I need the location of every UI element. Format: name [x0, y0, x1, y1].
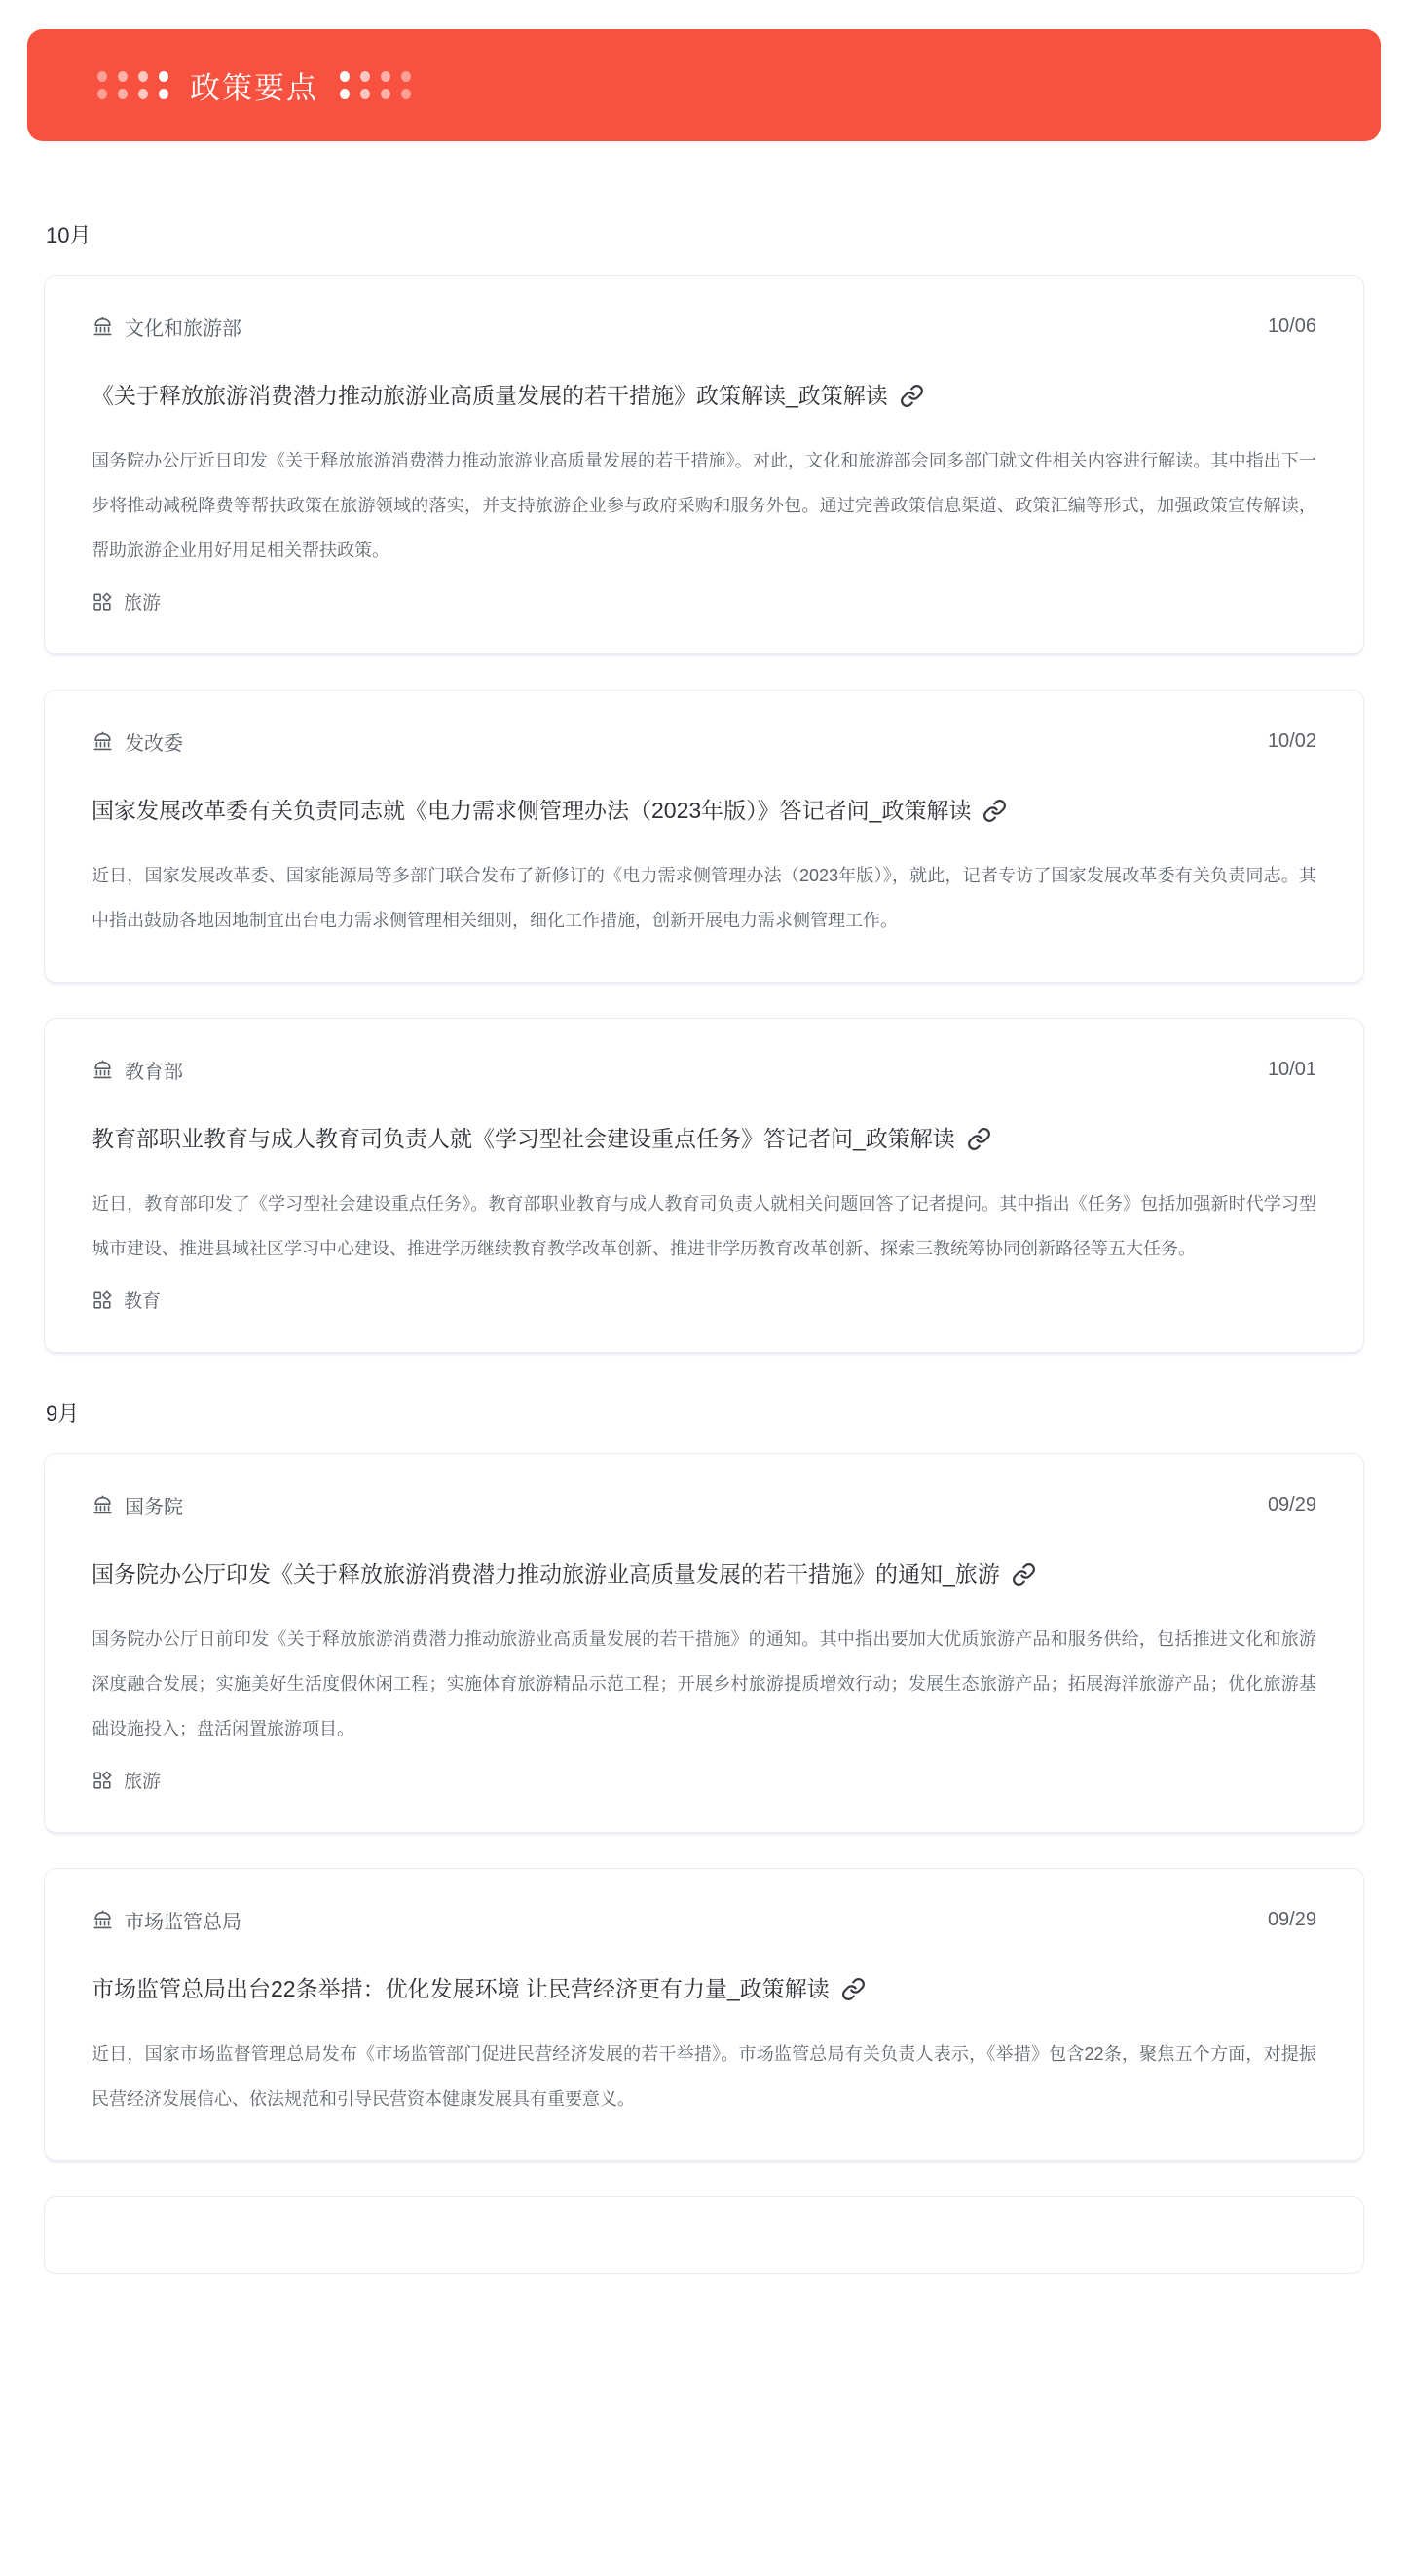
- month-heading-september: 9月: [46, 1398, 1364, 1428]
- policy-card: 发改委 10/02 国家发展改革委有关负责同志就《电力需求侧管理办法（2023年…: [44, 690, 1364, 983]
- policy-card: 国务院 09/29 国务院办公厅印发《关于释放旅游消费潜力推动旅游业高质量发展的…: [44, 1453, 1364, 1833]
- card-summary: 国务院办公厅近日印发《关于释放旅游消费潜力推动旅游业高质量发展的若干措施》。对此…: [92, 438, 1316, 573]
- page-title: 政策要点: [190, 63, 318, 107]
- card-summary: 国务院办公厅日前印发《关于释放旅游消费潜力推动旅游业高质量发展的若干措施》的通知…: [92, 1617, 1316, 1751]
- link-icon[interactable]: [1012, 1562, 1036, 1587]
- institution: 市场监管总局: [92, 1906, 241, 1934]
- institution: 发改委: [92, 728, 183, 756]
- card-tag[interactable]: 旅游: [92, 1767, 1316, 1793]
- institution-name: 国务院: [125, 1491, 183, 1519]
- card-title-text[interactable]: 《关于释放旅游消费潜力推动旅游业高质量发展的若干措施》政策解读_政策解读: [92, 383, 888, 408]
- category-grid-icon: [92, 1289, 113, 1311]
- card-title[interactable]: 市场监管总局出台22条举措：优化发展环境 让民营经济更有力量_政策解读: [92, 1963, 1316, 2014]
- tag-label: 旅游: [124, 588, 161, 615]
- link-icon[interactable]: [900, 384, 924, 408]
- card-header: 发改委 10/02: [92, 728, 1316, 756]
- bank-icon: [92, 1909, 114, 1931]
- policy-card: 市场监管总局 09/29 市场监管总局出台22条举措：优化发展环境 让民营经济更…: [44, 1868, 1364, 2161]
- card-summary: 近日，教育部印发了《学习型社会建设重点任务》。教育部职业教育与成人教育司负责人就…: [92, 1181, 1316, 1271]
- card-date: 10/02: [1268, 730, 1316, 753]
- link-icon[interactable]: [841, 1977, 866, 2001]
- card-summary: 近日，国家市场监督管理总局发布《市场监管部门促进民营经济发展的若干举措》。市场监…: [92, 2032, 1316, 2121]
- partial-card: [44, 2196, 1364, 2274]
- institution: 国务院: [92, 1491, 183, 1519]
- card-summary: 近日，国家发展改革委、国家能源局等多部门联合发布了新修订的《电力需求侧管理办法（…: [92, 853, 1316, 943]
- card-header: 文化和旅游部 10/06: [92, 313, 1316, 341]
- card-title-text[interactable]: 国务院办公厅印发《关于释放旅游消费潜力推动旅游业高质量发展的若干措施》的通知_旅…: [92, 1561, 1000, 1587]
- card-title-text[interactable]: 市场监管总局出台22条举措：优化发展环境 让民营经济更有力量_政策解读: [92, 1976, 830, 2001]
- card-tag[interactable]: 旅游: [92, 588, 1316, 615]
- dots-ornament-left: [97, 71, 168, 99]
- policy-card: 教育部 10/01 教育部职业教育与成人教育司负责人就《学习型社会建设重点任务》…: [44, 1018, 1364, 1353]
- dots-ornament-right: [340, 71, 411, 99]
- card-header: 教育部 10/01: [92, 1056, 1316, 1084]
- link-icon[interactable]: [967, 1127, 991, 1151]
- card-title[interactable]: 《关于释放旅游消费潜力推动旅游业高质量发展的若干措施》政策解读_政策解读: [92, 370, 1316, 421]
- bank-icon: [92, 730, 114, 753]
- institution-name: 市场监管总局: [125, 1906, 241, 1934]
- card-title[interactable]: 国务院办公厅印发《关于释放旅游消费潜力推动旅游业高质量发展的若干措施》的通知_旅…: [92, 1549, 1316, 1599]
- month-heading-october: 10月: [46, 219, 1364, 249]
- card-header: 国务院 09/29: [92, 1491, 1316, 1519]
- policy-card: 文化和旅游部 10/06 《关于释放旅游消费潜力推动旅游业高质量发展的若干措施》…: [44, 275, 1364, 654]
- card-tag[interactable]: 教育: [92, 1287, 1316, 1313]
- card-title[interactable]: 教育部职业教育与成人教育司负责人就《学习型社会建设重点任务》答记者问_政策解读: [92, 1113, 1316, 1164]
- bank-icon: [92, 1494, 114, 1516]
- institution: 文化和旅游部: [92, 313, 241, 341]
- institution-name: 教育部: [125, 1056, 183, 1084]
- institution-name: 发改委: [125, 728, 183, 756]
- card-date: 09/29: [1268, 1494, 1316, 1516]
- card-header: 市场监管总局 09/29: [92, 1906, 1316, 1934]
- institution: 教育部: [92, 1056, 183, 1084]
- tag-label: 旅游: [124, 1767, 161, 1793]
- card-title[interactable]: 国家发展改革委有关负责同志就《电力需求侧管理办法（2023年版）》答记者问_政策…: [92, 785, 1316, 836]
- card-date: 09/29: [1268, 1909, 1316, 1931]
- category-grid-icon: [92, 591, 113, 613]
- link-icon[interactable]: [982, 799, 1007, 823]
- category-grid-icon: [92, 1770, 113, 1791]
- card-date: 10/06: [1268, 316, 1316, 338]
- bank-icon: [92, 1059, 114, 1081]
- card-title-text[interactable]: 教育部职业教育与成人教育司负责人就《学习型社会建设重点任务》答记者问_政策解读: [92, 1126, 955, 1151]
- tag-label: 教育: [124, 1287, 161, 1313]
- card-title-text[interactable]: 国家发展改革委有关负责同志就《电力需求侧管理办法（2023年版）》答记者问_政策…: [92, 798, 971, 823]
- institution-name: 文化和旅游部: [125, 313, 241, 341]
- page-banner: 政策要点: [27, 29, 1381, 141]
- bank-icon: [92, 316, 114, 338]
- card-date: 10/01: [1268, 1059, 1316, 1081]
- policy-feed: 10月 文化和旅游部 10/06 《关于释放旅游消费潜力推动旅游业高质量发展的若…: [0, 219, 1408, 2274]
